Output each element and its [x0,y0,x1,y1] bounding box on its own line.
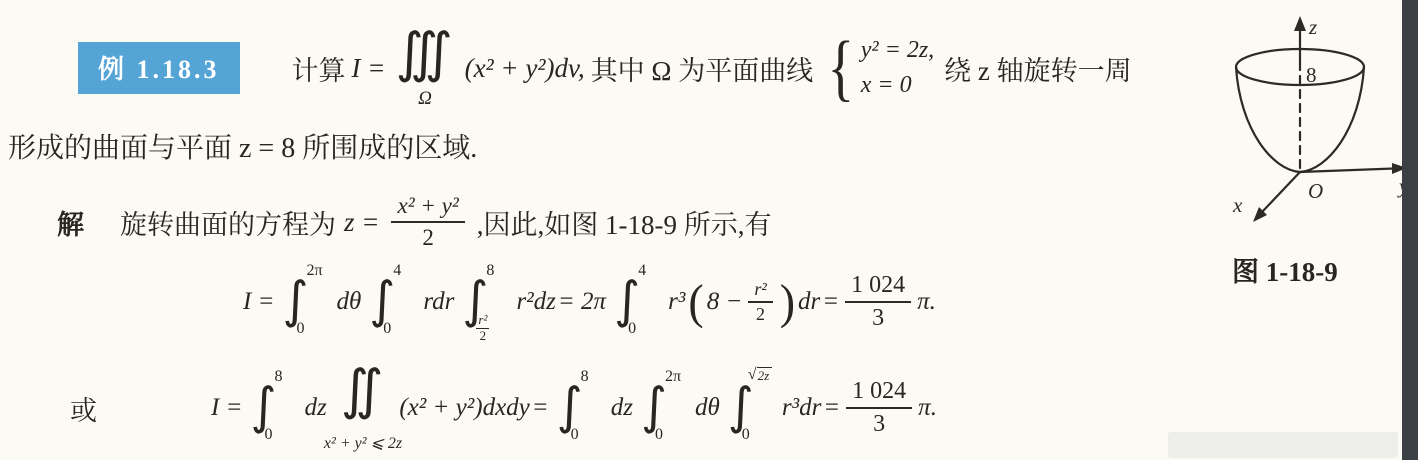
eq2-integral-theta: ∫ 2π 0 [639,371,693,445]
eq1-integral-r3: ∫ 4 0 [612,265,666,339]
z-axis-label: z [1308,15,1317,39]
problem-line-1: 例 1.18.3 计算 I = ∭ Ω (x² + y²)dv, 其中 Ω 为平… [78,16,1132,120]
x-axis [1263,172,1300,211]
eq2-integrand: (x² + y²)dxdy [399,394,529,422]
open-paren: ( [688,280,703,323]
eq1-dtheta: dθ [337,288,362,316]
result-denominator: 3 [873,409,885,439]
radicand: 2z [757,367,773,383]
fraction-numerator: x² + y² [391,192,464,223]
eq2-equals: = [532,394,549,422]
eq2-integral-r: ∫ √ 2z 0 [726,371,780,445]
eq1-equals: = [822,288,839,316]
solution-pre-text: 旋转曲面的方程为 [120,203,336,242]
double-integral: ∬ x² + y² ⩽ 2z [333,363,394,453]
or-label: 或 [70,389,97,428]
curve-equations-cases: { y² = 2z, x = 0 [823,35,934,102]
lower-limit: 0 [655,427,663,443]
upper-limit: 2π [306,263,322,279]
problem-lead: 计算 [292,49,346,88]
eq1-r3: r³ [668,288,685,316]
eq2-integral-z1: ∫ 8 0 [248,371,302,445]
eq1-dr: dr [798,288,820,316]
fraction-denominator: 2 [422,223,434,252]
eq1-pi: π. [917,288,936,316]
scan-shadow-artifact [1168,432,1398,458]
eq1-inner-fraction: r² 2 [748,279,772,324]
eq1-result-fraction: 1 024 3 [845,271,911,333]
eq1-integral-r: ∫ 4 0 [367,265,421,339]
lower-limit: 0 [628,321,636,337]
integral-domain-omega: Ω [418,88,432,110]
example-badge: 例 1.18.3 [78,42,240,94]
height-8-label: 8 [1306,63,1317,87]
lower-limit-denominator: 2 [480,329,487,343]
double-integral-sign: ∬ [341,358,384,421]
surface-eq-fraction: x² + y² 2 [391,192,464,251]
equation-2: 或 I = ∫ 8 0 dz ∬ x² + y² ⩽ 2z (x² + y²)d… [70,356,937,460]
eq2-lhs: I = [211,394,242,422]
curve-eq-bottom: x = 0 [861,71,934,100]
eq1-equals-2pi: = 2π [558,288,606,316]
eq1-lhs: I = [243,288,274,316]
problem-tail-text: 绕 z 轴旋转一周 [944,49,1131,88]
integral-lhs: I = [352,53,386,84]
surface-eq-lhs: z = [344,207,379,238]
eq1-r2dz: r²dz [516,288,555,316]
eq1-rdr: rdr [423,288,454,316]
textbook-page: 例 1.18.3 计算 I = ∭ Ω (x² + y²)dv, 其中 Ω 为平… [0,0,1418,460]
figure-caption: 图 1-18-9 [1232,250,1338,289]
curve-eq-top: y² = 2z, [861,36,934,65]
lower-limit: 0 [264,427,272,443]
z-axis-arrowhead [1294,16,1306,31]
eq2-r3dr: r³dr [782,394,821,422]
result-denominator: 3 [872,303,884,333]
upper-limit-radical: √ 2z [748,367,772,383]
origin-label: O [1308,179,1323,203]
eq2-pi: π. [918,394,937,422]
figure-1-18-9: z 8 O y x [1180,4,1410,244]
fraction-numerator: r² [748,279,772,303]
cases-column: y² = 2z, x = 0 [861,36,934,100]
double-integral-constraint: x² + y² ⩽ 2z [324,433,402,453]
lower-limit: 0 [742,427,750,443]
close-paren: ) [780,280,795,323]
upper-limit: 2π [665,369,681,385]
upper-limit: 8 [274,369,282,385]
result-numerator: 1 024 [845,271,911,303]
scan-edge-strip [1402,0,1418,460]
cases-brace: { [828,35,855,102]
problem-line-2: 形成的曲面与平面 z = 8 所围成的区域. [8,126,477,166]
eq1-inner-8-minus: 8 − [707,288,743,316]
triple-integral-sign: ∭ [395,21,452,84]
x-axis-label: x [1232,193,1243,217]
eq1-integral-theta: ∫ 2π 0 [280,265,334,339]
equation-1: I = ∫ 2π 0 dθ ∫ 4 0 rdr ∫ 8 r² 2 r²dz = … [243,252,936,352]
eq2-dtheta: dθ [695,394,720,422]
triple-integral: ∭ Ω [391,26,458,110]
eq2-result-fraction: 1 024 3 [846,377,912,439]
upper-limit: 8 [486,263,494,279]
upper-limit: 4 [638,263,646,279]
solution-post-text: ,因此,如图 1-18-9 所示,有 [477,203,772,242]
result-numerator: 1 024 [846,377,912,409]
upper-limit: 8 [581,369,589,385]
lower-limit-fraction: r² 2 [476,313,489,343]
lower-limit: 0 [571,427,579,443]
eq2-dz2: dz [611,394,633,422]
lower-limit: 0 [296,321,304,337]
upper-limit: 4 [393,263,401,279]
problem-mid-text: 其中 Ω 为平面曲线 [591,49,814,88]
fraction-denominator: 2 [756,303,765,325]
sqrt-sign: √ [748,367,757,383]
lower-limit-numerator: r² [476,313,489,328]
integrand-text: (x² + y²)dv, [465,53,585,84]
lower-limit: 0 [383,321,391,337]
eq2-equals-2: = [823,394,840,422]
solution-label: 解 [57,203,84,242]
eq2-integral-z2: ∫ 8 0 [555,371,609,445]
solution-line: 解 旋转曲面的方程为 z = x² + y² 2 ,因此,如图 1-18-9 所… [57,182,771,262]
eq2-dz: dz [305,394,327,422]
eq1-integral-z: ∫ 8 r² 2 [460,265,514,339]
